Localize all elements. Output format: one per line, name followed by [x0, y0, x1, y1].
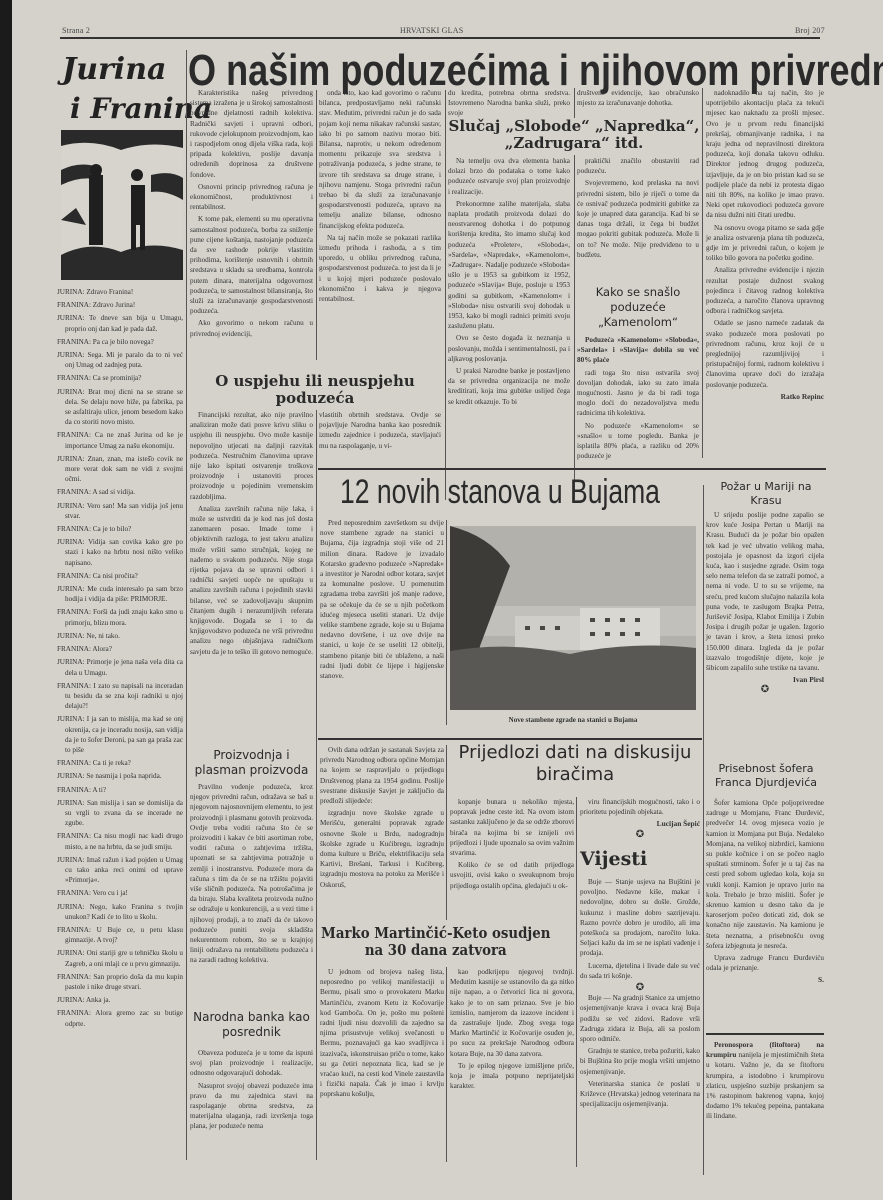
- column-divider: [446, 520, 447, 725]
- column-divider: [316, 90, 317, 360]
- paragraph: Nasuprot svojoj obavezi poduzeće ima pra…: [190, 1081, 313, 1132]
- dialogue-line: JURINA: Te dneve san bija u Umagu, propr…: [57, 313, 183, 333]
- paragraph: radi toga što nisu ostvarila svoj dovolj…: [577, 368, 699, 419]
- prijedlozi-col-a: Ovih dana održan je sastanak Savjeta za …: [320, 745, 444, 892]
- dialogue-line: FRANINA: Vero cu i ja!: [57, 888, 183, 898]
- paragraph: U praksi Narodne banke je postavljeno da…: [448, 366, 570, 407]
- column-divider: [446, 745, 447, 920]
- dialogue-line: JURINA: Imaš ražun i kad pojden u Umag c…: [57, 855, 183, 886]
- proizvodnja-headline: Proizvodnja i plasman proizvoda: [190, 748, 313, 778]
- proizvodnja-body: Pravilno vođenje poduzeća, kroz njegov p…: [190, 782, 313, 968]
- dialogue-line: FRANINA: Zdravo Jurina!: [57, 300, 183, 310]
- news-item: Veterinarska stanica će poslati u Križev…: [580, 1079, 700, 1110]
- paragraph: izgradnju nove školske zgrade u Merišću,…: [320, 808, 444, 890]
- two-men-talking-icon: [61, 130, 183, 280]
- dialogue-line: FRANINA: Ca nisi pročita?: [57, 571, 183, 581]
- prijedlozi-col-c: viru financijskih mogućnosti, tako i o p…: [580, 797, 700, 840]
- buildings-photo-icon: [450, 526, 696, 710]
- column-divider: [703, 485, 704, 1175]
- column-divider: [574, 155, 575, 500]
- dialogue-line: FRANINA: Ca je to bilo?: [57, 524, 183, 534]
- paragraph: K tome pak, elementi su mu operativna sa…: [190, 214, 313, 316]
- paragraph: Obaveza poduzeća je u tome da ispuni svo…: [190, 1048, 313, 1079]
- ornament-star-icon: ✪: [580, 830, 700, 840]
- lead-paragraph: Poduzeća »Kamenolom« »Sloboda«, »Sardela…: [577, 335, 699, 366]
- paragraph: Na temelju ova dva elementa banka dolazi…: [448, 156, 570, 197]
- dialogue-line: JURINA: Znan, znan, ma isteš̌o covik ne …: [57, 454, 183, 485]
- paragraph: No poduzeće »Kamenolom« se »snašlo« u to…: [577, 421, 699, 462]
- paragraph: Osnovni princip privrednog računa je eko…: [190, 182, 313, 213]
- dialogue-line: FRANINA: I zato su napisali na inceradan…: [57, 681, 183, 712]
- dialogue-line: JURINA: Se nasmija i poša naprida.: [57, 771, 183, 781]
- paragraph: kopanje bunara u nekoliko mjesta, poprav…: [450, 797, 574, 858]
- column-divider: [316, 410, 317, 1160]
- dialogue-line: JURINA: Zdravo Franina!: [57, 287, 183, 297]
- paragraph: Na osnovu ovoga pitamo se sada gdje je a…: [706, 223, 824, 264]
- sofer-headline: Prisebnost šofera Franca Djurdjevića: [706, 762, 826, 790]
- column-divider: [446, 967, 447, 1162]
- news-item: Gradnju te stanice, treba požuriti, kako…: [580, 1046, 700, 1077]
- vijesti-body: Buje — Stanje usjeva na Bujštini je povo…: [580, 877, 700, 1111]
- paragraph: U jednom od brojeva našeg lista, neposre…: [320, 967, 444, 1100]
- paragraph: Financijski rezultat, ako nije pravilno …: [190, 410, 313, 502]
- kamenolom-headline: Kako se snašlo poduzeće „Kamenolom“: [577, 285, 699, 330]
- paragraph: Na taj način može se pokazati razlika iz…: [319, 233, 441, 304]
- paragraph: Pred neposrednim završetkom su dvije nov…: [320, 518, 444, 681]
- dialogue-line: JURINA: Vero san! Ma san vidija još jenu…: [57, 501, 183, 521]
- ornament-star-icon: ✪: [580, 983, 700, 993]
- dialogue-line: JURINA: Anka ja.: [57, 995, 183, 1005]
- dialogue-line: FRANINA: Pa ca je bilo novega?: [57, 337, 183, 347]
- paragraph: nadoknadilo na taj način, što je upotrij…: [706, 88, 824, 221]
- vijesti-headline: Vijesti: [580, 848, 647, 870]
- paragraph: viru financijskih mogućnosti, tako i o p…: [580, 797, 700, 817]
- scan-edge: [0, 0, 12, 1200]
- slucaj-headline: Slučaj „Slobode“ „Napredka“, „Zadrugara“…: [448, 118, 700, 152]
- uspjeh-col-a: Financijski rezultat, ako nije pravilno …: [190, 410, 313, 659]
- body-text: nanijela je mjestimičnih šteta u kotaru.…: [706, 1051, 824, 1120]
- dialogue-line: FRANINA: San proprio doša da mu kupin pa…: [57, 972, 183, 992]
- slucaj-col-b: praktički značilo obustaviti rad poduzeć…: [577, 156, 699, 262]
- paragraph: Šofer kamiona Opće poljoprivredne zadrug…: [706, 798, 824, 951]
- paragraph: Ovih dana održan je sastanak Savjeta za …: [320, 745, 444, 806]
- dialogue-line: FRANINA: A ti?: [57, 785, 183, 795]
- paragraph: U srijedu poslije podne zapalio se krov …: [706, 510, 824, 673]
- column-divider: [574, 88, 575, 118]
- main-article-col5: nadoknadilo na taj način, što je upotrij…: [706, 88, 824, 402]
- dialogue-line: FRANINA: Alora gremo zac su butige odprt…: [57, 1008, 183, 1028]
- column-divider: [576, 797, 577, 1167]
- section-rule: [318, 468, 826, 470]
- paragraph: Uprava zadruge Francu Đurđeviću odala je…: [706, 953, 824, 973]
- news-item: Lucerna, djetelina i livade dale su već …: [580, 961, 700, 981]
- housing-photo: [450, 526, 696, 710]
- main-article-col2: onda isto, kao kad govorimo o računu bil…: [319, 88, 441, 306]
- marko-col-b: kao podkrijepu njegovoj tvrdnji. Međutim…: [450, 967, 574, 1093]
- dialogue-line: JURINA: Oni stariji gre u tehničku školu…: [57, 948, 183, 968]
- paragraph: Analiza završnih računa nije laka, i mož…: [190, 504, 313, 657]
- dialogue-line: FRANINA: Ca nisu mogli nac kadi drugo mi…: [57, 831, 183, 851]
- dialogue-line: FRANINA: Alora?: [57, 644, 183, 654]
- news-item: Buje — Stanje usjeva na Bujštini je povo…: [580, 877, 700, 959]
- paragraph: Ako govorimo o nekom računu u privrednoj…: [190, 318, 313, 338]
- masthead-name: HRVATSKI GLAS: [400, 26, 463, 35]
- narodna-banka-body: Obaveza poduzeća je u tome da ispuni svo…: [190, 1048, 313, 1134]
- marko-col-a: U jednom od brojeva našeg lista, neposre…: [320, 967, 444, 1102]
- dialogue-line: JURINA: Nego, kako Franina s tvojin unuk…: [57, 902, 183, 922]
- main-article-col1: Karakteristika našeg privrednog sistema …: [190, 88, 313, 341]
- section-rule: [706, 1033, 824, 1035]
- paragraph: Analiza privredne evidencije i njezin re…: [706, 265, 824, 316]
- pozar-body: U srijedu poslije podne zapalio se krov …: [706, 510, 824, 696]
- dialogue-line: JURINA: Primorje je jena naša vela dita …: [57, 657, 183, 677]
- peronospora-body: Peronospora (fitoftora) na krumpiru nani…: [706, 1040, 824, 1124]
- paragraph: praktički značilo obustaviti rad poduzeć…: [577, 156, 699, 176]
- dialogue-line: JURINA: Vidija san covika kako gre po st…: [57, 537, 183, 568]
- column-title-line1: Jurina: [62, 52, 166, 87]
- dialogue-line: JURINA: Ne, ni tako.: [57, 631, 183, 641]
- paragraph: Prekonormne zalihe materijala, slaba nap…: [448, 199, 570, 332]
- dialogue-line: JURINA: Sega. Mi je paralo da to ni već …: [57, 350, 183, 370]
- sofer-body: Šofer kamiona Opće poljoprivredne zadrug…: [706, 798, 824, 986]
- dialogue-line: JURINA: Brat moj dicni na se strane se d…: [57, 387, 183, 428]
- paragraph: Pravilno vođenje poduzeća, kroz njegov p…: [190, 782, 313, 966]
- kamenolom-body: Poduzeća »Kamenolom« »Sloboda«, »Sardela…: [577, 335, 699, 463]
- issue-number: Broj 207: [795, 26, 825, 35]
- paragraph: onda isto, kao kad govorimo o računu bil…: [319, 88, 441, 231]
- author-byline: Ratko Repinc: [706, 392, 824, 402]
- pozar-headline: Požar u Mariji na Krasu: [706, 480, 826, 508]
- page-number: Strana 2: [62, 26, 90, 35]
- prijedlozi-headline: Prijedlozi dati na diskusiju biračima: [450, 742, 700, 786]
- dialogue-line: JURINA: Me cuda interesalo pa sam brzo h…: [57, 584, 183, 604]
- header-rule: [60, 37, 820, 39]
- stanovi-headline: 12 novih stanova u Bujama: [340, 473, 660, 512]
- slucaj-col-a: Na temelju ova dva elementa banka dolazi…: [448, 156, 570, 409]
- main-article-col3-top: du kredita, potrebna obrtna sredstva. Is…: [448, 88, 570, 119]
- dialogue-line: JURINA: San mislija i san se domislija d…: [57, 798, 183, 829]
- prijedlozi-col-b: kopanje bunara u nekoliko mjesta, poprav…: [450, 797, 574, 893]
- paragraph: Karakteristika našeg privrednog sistema …: [190, 88, 313, 180]
- dialogue-column: JURINA: Zdravo Franina! FRANINA: Zdravo …: [57, 287, 183, 1032]
- dialogue-line: FRANINA: Ca ti je reka?: [57, 758, 183, 768]
- dialogue-line: FRANINA: A sad si vidija.: [57, 487, 183, 497]
- ornament-star-icon: ✪: [706, 685, 824, 695]
- paragraph: Odatle se jasno nameće zadatak da svako …: [706, 318, 824, 389]
- narodna-banka-headline: Narodna banka kao posrednik: [190, 1010, 313, 1040]
- uspjeh-col-b: vlastitih obrtnih sredstava. Ovdje se po…: [319, 410, 441, 451]
- marko-headline: Marko Martinčić-Keto osudjen na 30 dana …: [318, 925, 554, 959]
- paragraph: Svojevremeno, kod prelaska na novi privr…: [577, 178, 699, 260]
- dialogue-line: FRANINA: Ca ne znaš Jurina od ke je impo…: [57, 430, 183, 450]
- paragraph: Ovo se često događa iz neznanja u poslov…: [448, 333, 570, 364]
- stanovi-body: Pred neposrednim završetkom su dvije nov…: [320, 518, 444, 683]
- author-byline: S.: [706, 975, 824, 985]
- photo-caption: Nove stambene zgrade na stanici u Bujama: [450, 716, 696, 724]
- dialogue-line: FRANINA: Ca se prominija?: [57, 373, 183, 383]
- column-divider: [186, 50, 187, 1160]
- paragraph: Koliko će se od datih prijedloga usvojit…: [450, 860, 574, 891]
- paragraph: kao podkrijepu njegovoj tvrdnji. Međutim…: [450, 967, 574, 1059]
- dialogue-line: FRANINA: U Buje ce, u petu klasu gimnazi…: [57, 925, 183, 945]
- woodcut-illustration: [61, 130, 183, 280]
- news-item: Buje — Na gradnji Stanice za umjetno osj…: [580, 993, 700, 1044]
- column-divider: [445, 90, 446, 500]
- column-divider: [702, 88, 703, 458]
- dialogue-line: FRANINA: Forši da judi znaju kako smo u …: [57, 607, 183, 627]
- dialogue-line: JURINA: I ja san to mislija, ma kad se o…: [57, 714, 183, 755]
- section-rule: [318, 738, 702, 740]
- main-article-col4-top: društvene evidencije, kao obračunsko mje…: [577, 88, 699, 108]
- uspjeh-headline: O uspjehu ili neuspjehu poduzeća: [190, 373, 440, 407]
- paragraph: To je epilog njegove izmišljene priče, k…: [450, 1061, 574, 1092]
